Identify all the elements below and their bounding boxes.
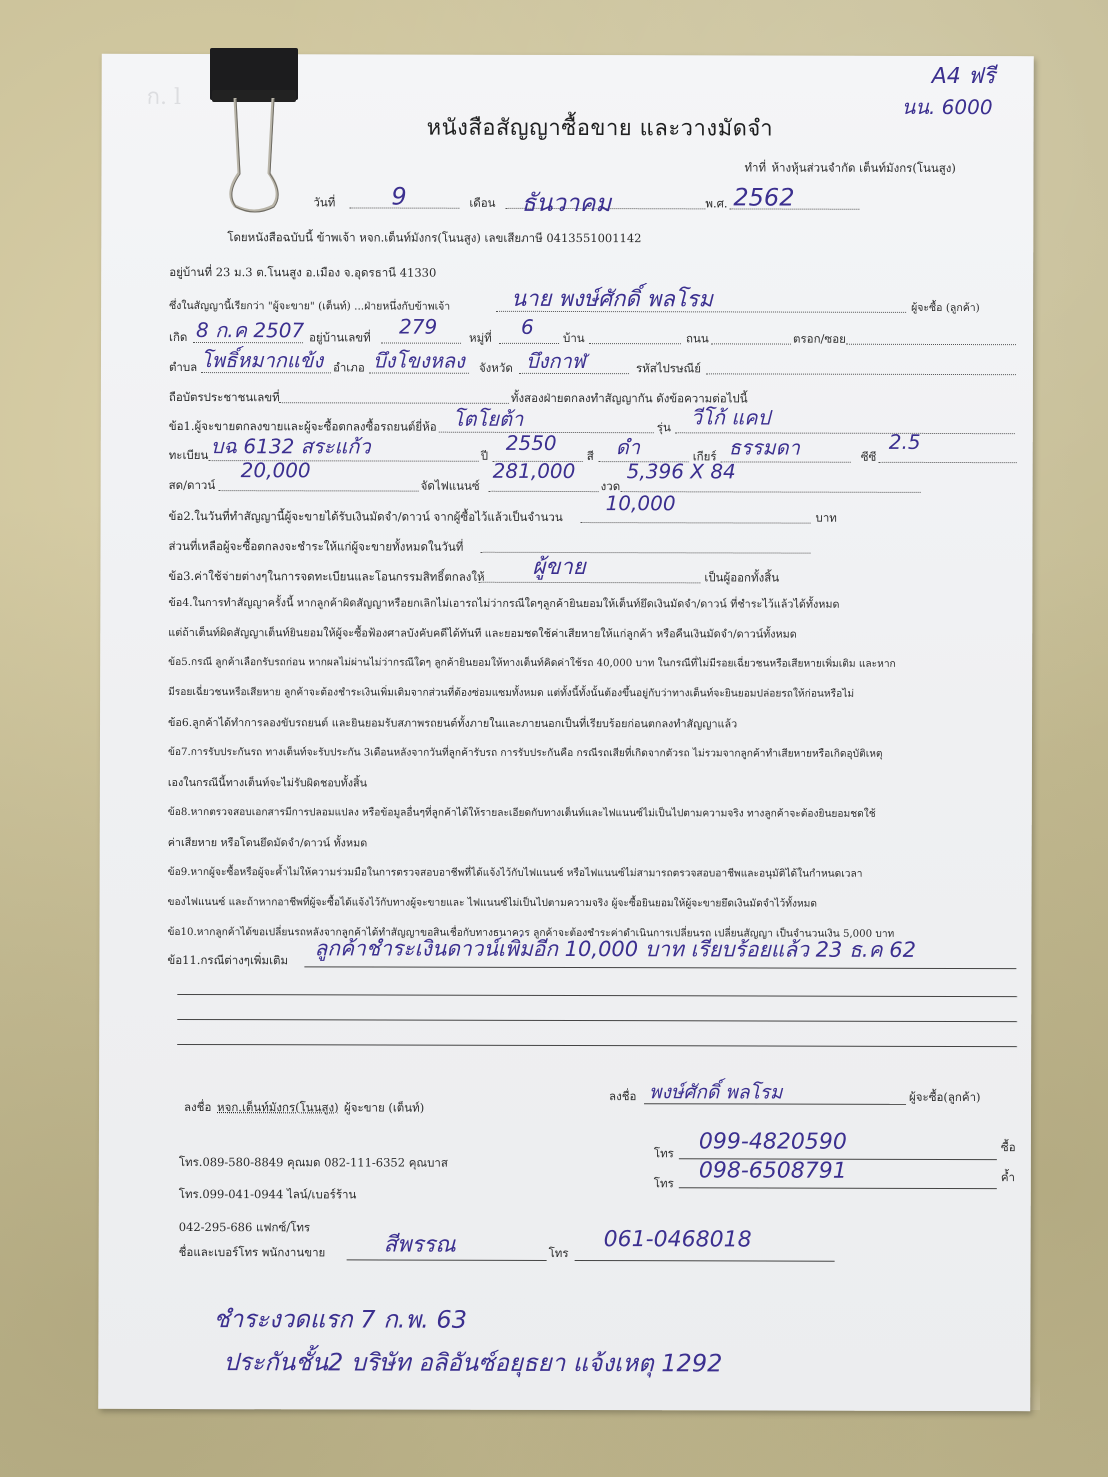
color-label: สี — [587, 448, 594, 466]
seller-contact-line: โทร.099-041-0944 ไลน์/เบอร์ร้าน — [179, 1186, 357, 1204]
buyer-phone: 099-4820590 — [699, 1129, 847, 1154]
guarantor-phone-label: โทร — [654, 1175, 674, 1193]
finance-value: 281,000 — [493, 459, 576, 483]
clause3-party: ผู้ขาย — [532, 549, 585, 584]
contract-paper: ก. l หนังสือสัญญาซื้อขาย และวางมัดจำ A4 … — [98, 54, 1034, 1411]
clause-text-line: ข้อ7.การรับประกันรถ ทางเต็นท์จะรับประกัน… — [168, 744, 883, 762]
born-value: 8 ก.ค 2507 — [196, 314, 304, 346]
seller-contact-line: โทร.089-580-8849 คุณมด 082-111-6352 คุณบ… — [179, 1154, 448, 1173]
clause-text-line: ข้อ6.ลูกค้าได้ทำการลองขับรถยนต์ และยินยอ… — [168, 714, 737, 732]
moo-label: หมู่ที่ — [469, 330, 492, 348]
clause-text-line: ข้อ4.ในการทำสัญญาครั้งนี้ หากลูกค้าผิดสั… — [168, 594, 839, 613]
buyer-name: นาย พงษ์ศักดิ์ พลโรม — [511, 281, 713, 317]
month-label: เดือน — [469, 195, 495, 213]
deposit-amount: 10,000 — [606, 491, 676, 515]
salesperson-label: ชื่อและเบอร์โทร พนักงานขาย — [179, 1244, 326, 1262]
cc-label: ซีซี — [861, 449, 877, 467]
tambon-value: โพธิ์หมากแข้ง — [201, 344, 323, 376]
finance-label: จัดไฟแนนซ์ — [421, 478, 480, 496]
clause-text-line: ข้อ5.กรณี ลูกค้าเลือกรับรถก่อน หากผลไม่ผ… — [168, 654, 896, 672]
road-dots — [711, 343, 791, 344]
province-value: บึงกาฬ — [526, 345, 586, 377]
day-label: วันที่ — [313, 194, 335, 212]
seller-sign-label: ลงชื่อ — [184, 1099, 211, 1117]
guarantor-phone-line — [679, 1187, 997, 1189]
month-value: ธันวาคม — [521, 183, 611, 222]
deposit-unit: บาท — [816, 510, 837, 528]
salesperson-name: สีพรรณ — [384, 1227, 456, 1262]
clause2-label: ข้อ2.ในวันที่ทำสัญญานี้ผู้จะขายได้รับเงิ… — [169, 508, 563, 527]
soi-label: ตรอก/ซอย — [793, 331, 846, 349]
salesperson-phone: 061-0468018 — [604, 1227, 752, 1252]
intro-line: โดยหนังสือฉบับนี้ ข้าพเจ้า หจก.เต็นท์มัง… — [227, 229, 641, 248]
clause11-note: ลูกค้าชำระเงินดาวน์เพิ่มอีก 10,000 บาท เ… — [314, 932, 916, 967]
guarantor-phone-suffix: ค้ำ — [1001, 1169, 1015, 1187]
model-label: รุ่น — [657, 419, 671, 437]
made-at-label: ทำที่ — [744, 159, 766, 177]
binder-clip-wire — [225, 98, 283, 213]
moo-value: 6 — [521, 315, 534, 339]
buyer-signature: พงษ์ศักดิ์ พลโรม — [649, 1077, 782, 1107]
year-model-value: 2550 — [506, 431, 557, 455]
clause-text-line: เองในกรณีนี้ทางเต็นท์จะไม่รับผิดชอบทั้งส… — [168, 774, 367, 792]
road-label: ถนน — [686, 330, 709, 348]
blank-line — [177, 1044, 1017, 1047]
clause-text-line: มีรอยเฉี่ยวชนหรือเสียหาย ลูกค้าจะต้องชำร… — [168, 684, 854, 702]
buyer-phone-label: โทร — [654, 1145, 674, 1163]
amphoe-value: บึงโขงหลง — [373, 344, 465, 376]
buyer-phone-suffix: ซื้อ — [1001, 1139, 1016, 1157]
postcode-label: รหัสไปรษณีย์ — [636, 360, 701, 378]
postcode-dots — [706, 373, 1016, 375]
buyer-sign-label: ลงชื่อ — [609, 1088, 636, 1106]
clause-text-line: ข้อ9.หากผู้จะซื้อหรือผู้จะค้ำไม่ให้ความร… — [168, 864, 863, 882]
party-line-suffix: ผู้จะซื้อ (ลูกค้า) — [911, 299, 980, 316]
made-at-value: ห้างหุ้นส่วนจำกัด เต็นท์มังกร(โนนสูง) — [771, 160, 955, 178]
party-line-prefix: ซึ่งในสัญญานี้เรียกว่า "ผู้จะขาย" (เต็นท… — [169, 297, 450, 315]
clause3-suffix: เป็นผู้ออกทั้งสิ้น — [704, 569, 779, 587]
seller-sign-value: หจก.เต็นท์มังกร(โนนสูง) — [217, 1099, 339, 1117]
province-label: จังหวัด — [479, 360, 513, 378]
installment-value: 5,396 X 84 — [627, 459, 736, 483]
clause11-label: ข้อ11.กรณีต่างๆเพิ่มเติม — [167, 952, 288, 970]
footer-note: ประกันชั้น2 บริษัท อลิอันซ์อยุธยา แจ้งเห… — [223, 1342, 722, 1382]
clause3-dots — [478, 582, 700, 584]
guarantor-phone: 098-6508791 — [699, 1158, 847, 1183]
seller-sign-suffix: ผู้จะขาย (เต็นท์) — [344, 1099, 424, 1117]
clause-text-line: แต่ถ้าเต็นท์ผิดสัญญาเต็นท์ยินยอมให้ผู้จะ… — [168, 624, 797, 643]
year-model-label: ปี — [481, 448, 488, 466]
seller-contact-line: 042-295-686 แฟกซ์/โทร — [179, 1219, 310, 1237]
gear-value: ธรรมดา — [729, 431, 800, 463]
day-value: 9 — [391, 183, 406, 211]
buyer-sign-suffix: ผู้จะซื้อ(ลูกค้า) — [909, 1089, 981, 1107]
house-no-dots — [381, 343, 461, 344]
emboss-mark: ก. l — [147, 79, 181, 114]
amphoe-label: อำเภอ — [333, 359, 365, 377]
moo-dots — [499, 343, 559, 344]
born-label: เกิด — [169, 329, 187, 347]
cc-value: 2.5 — [889, 430, 921, 454]
down-value: 20,000 — [241, 458, 311, 482]
seller-address: อยู่บ้านที่ 23 ม.3 ต.โนนสูง อ.เมือง จ.อุ… — [169, 264, 436, 283]
blank-line — [177, 1019, 1017, 1022]
plate-label: ทะเบียน — [169, 447, 209, 465]
salesperson-phone-line — [575, 1260, 835, 1262]
soi-dots — [846, 344, 1016, 345]
down-dots — [219, 490, 419, 492]
village-dots — [589, 343, 681, 344]
finance-dots — [489, 491, 599, 492]
corner-note-line1: A4 ฟรี — [932, 58, 996, 93]
cc-dots — [879, 462, 1017, 463]
clause-text-line: ข้อ8.หากตรวจสอบเอกสารมีการปลอมแปลง หรือข… — [168, 804, 876, 822]
tambon-label: ตำบล — [169, 359, 197, 377]
footer-note: ชำระงวดแรก 7 ก.พ. 63 — [213, 1299, 467, 1339]
remaining-label: ส่วนที่เหลือผู้จะซื้อตกลงจะชำระให้แก่ผู้… — [168, 538, 463, 557]
corner-note-line2: นน. 6000 — [902, 91, 993, 123]
deposit-dots — [581, 522, 811, 524]
blank-line — [177, 994, 1017, 997]
down-label: สด/ดาวน์ — [169, 477, 216, 495]
clause-text-line: ของไฟแนนซ์ และถ้าหากอาชีพที่ผู้จะซื้อได้… — [168, 894, 818, 912]
year-label: พ.ศ. — [705, 195, 727, 213]
model-value: วีโก้ แคป — [691, 401, 770, 433]
house-no-value: 279 — [399, 315, 437, 339]
clause-text-line: ค่าเสียหาย หรือโดนยึดมัดจำ/ดาวน์ ทั้งหมด — [168, 834, 368, 852]
salesperson-phone-label: โทร — [549, 1245, 569, 1263]
year-value: 2562 — [733, 183, 794, 211]
document-title: หนังสือสัญญาซื้อขาย และวางมัดจำ — [427, 110, 774, 146]
remaining-dots — [480, 552, 810, 554]
id-card-label: ถือบัตรประชาชนเลขที่ — [169, 389, 280, 407]
clause3-label: ข้อ3.ค่าใช้จ่ายต่างๆในการจดทะเบียนและโอน… — [168, 568, 484, 587]
